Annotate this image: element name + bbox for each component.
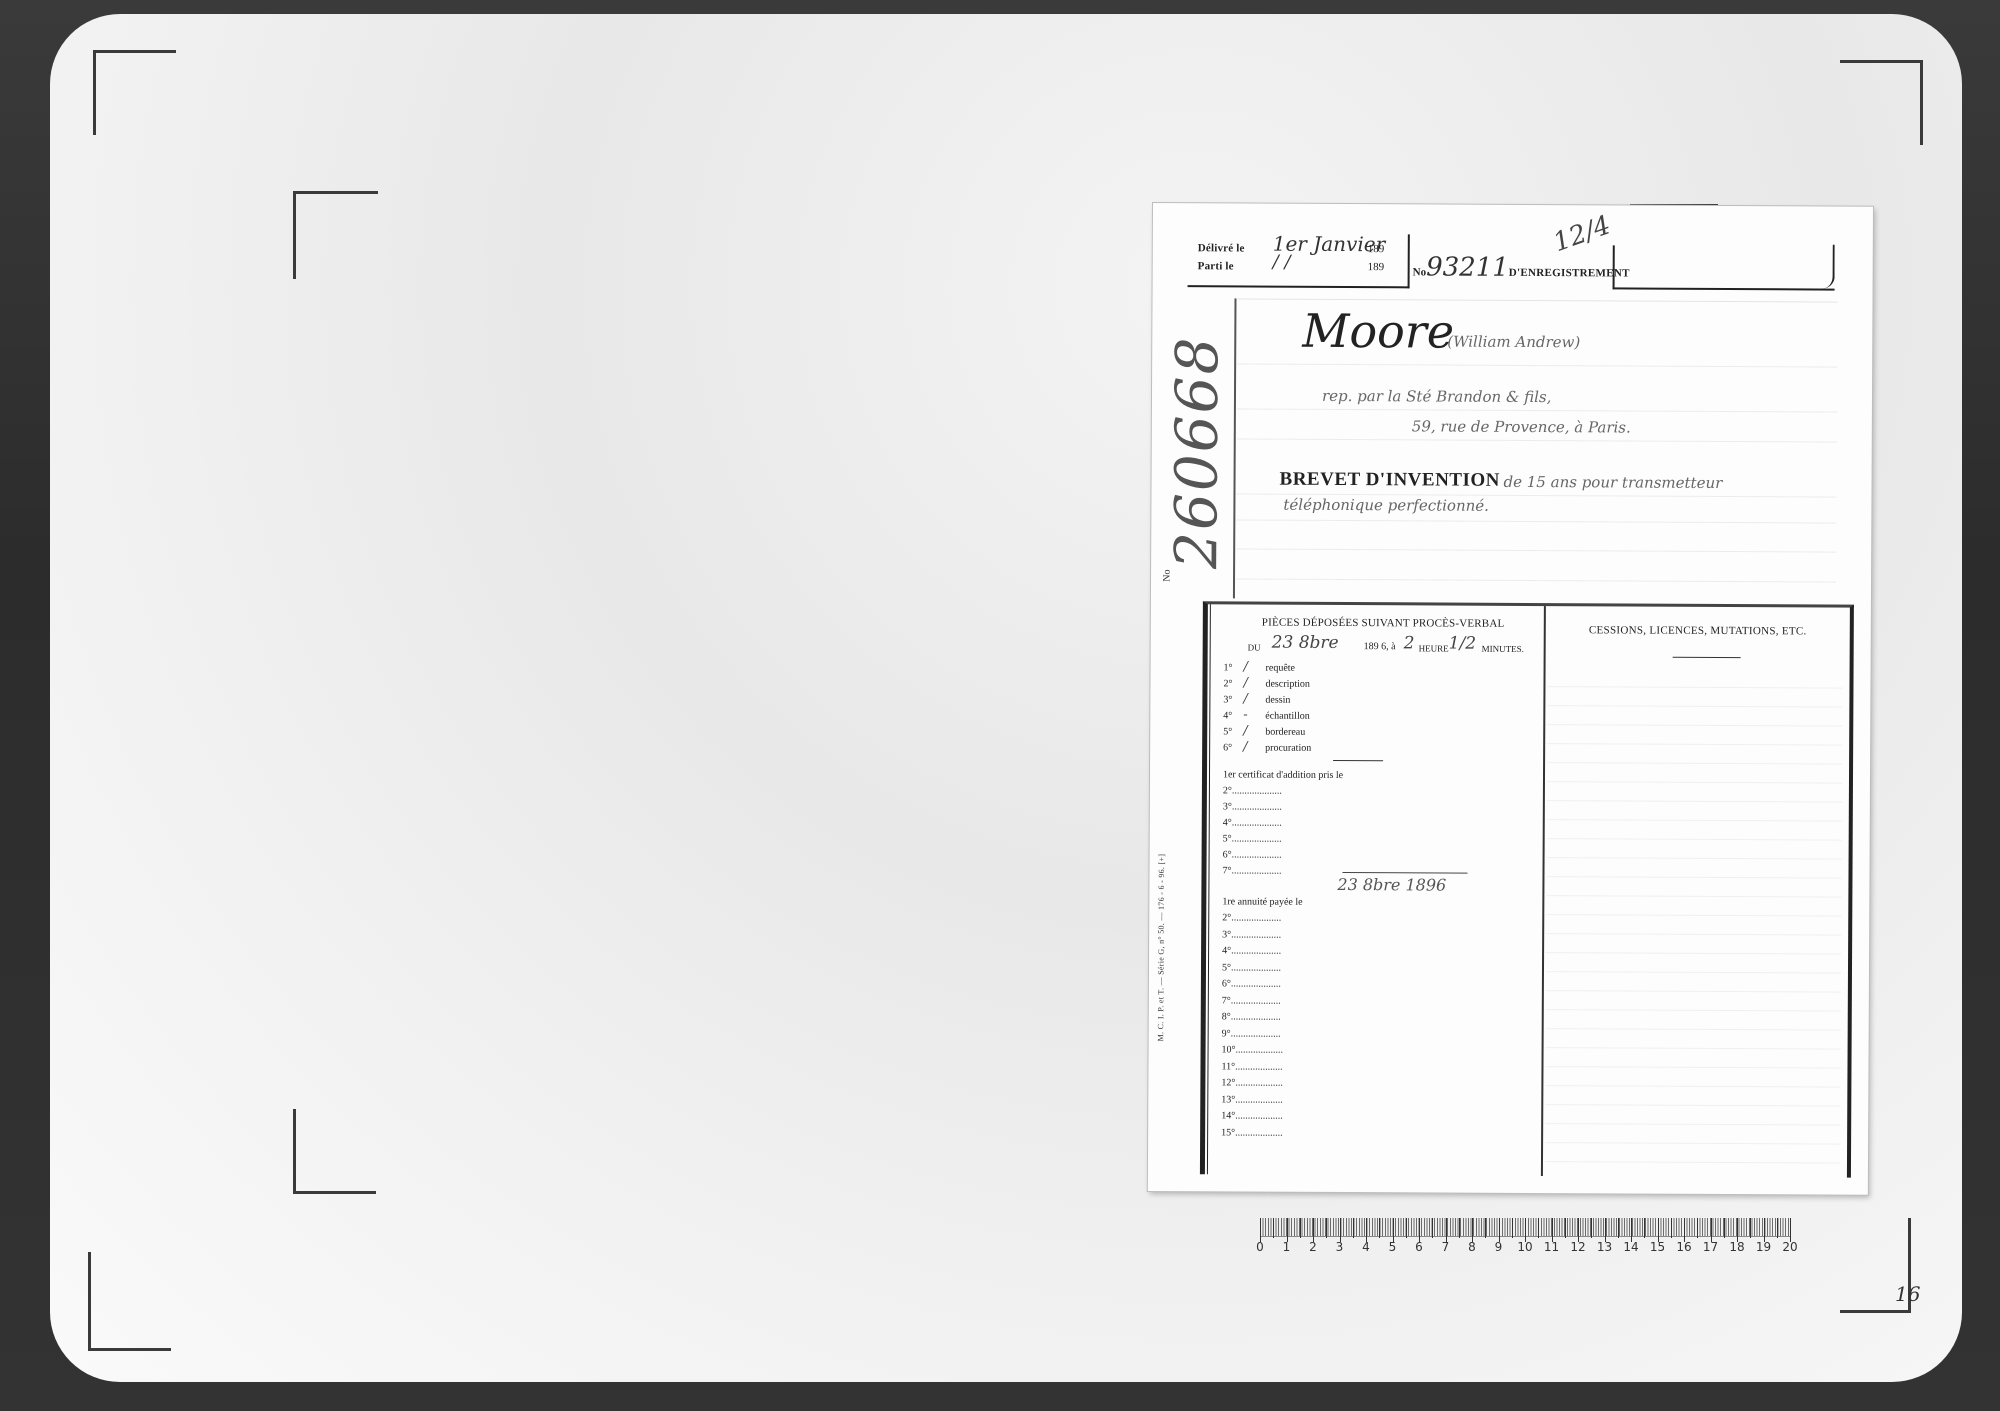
ruled-line [1237, 438, 1837, 442]
ruled-line [1237, 363, 1837, 367]
delivre-label: Délivré le [1198, 242, 1245, 254]
annuite-item: 13°................... [1221, 1094, 1283, 1105]
parti-value: / / [1273, 252, 1291, 273]
ruled-line [1546, 876, 1841, 879]
piece-num: 2° [1223, 678, 1243, 689]
ruled-line [1547, 857, 1842, 860]
ruler-tick [1406, 1218, 1407, 1238]
ruler-tick [1353, 1218, 1354, 1238]
certificat-first: 1er certificat d'addition pris le [1223, 769, 1343, 781]
representative-line1: rep. par la Sté Brandon & fils, [1322, 387, 1551, 406]
registration-number: No93211D'ENREGISTREMENT [1413, 252, 1630, 283]
cessions-title: CESSIONS, LICENCES, MUTATIONS, ETC. [1548, 624, 1848, 638]
certificat-item: 3°.................... [1223, 801, 1282, 812]
ruler-tick [1578, 1218, 1579, 1242]
patent-record-sheet: Délivré le 1er Janvier 189 Parti le / / … [1148, 203, 1873, 1195]
ruler-label: 1 [1283, 1240, 1291, 1254]
ruler-label: 3 [1336, 1240, 1344, 1254]
ruler-label: 13 [1597, 1240, 1612, 1254]
ruler-tick [1737, 1218, 1738, 1242]
ruler-tick [1538, 1218, 1539, 1238]
ruler-tick [1724, 1218, 1725, 1238]
piece-num: 3° [1223, 694, 1243, 705]
ruler-tick [1419, 1218, 1420, 1242]
ruler-label: 18 [1729, 1240, 1744, 1254]
annuite-item: 10°................... [1222, 1044, 1284, 1055]
piece-item: 4°-échantillon [1223, 707, 1310, 722]
ruler-label: 19 [1756, 1240, 1771, 1254]
ruler-tick [1658, 1218, 1659, 1242]
ruler-tick [1512, 1218, 1513, 1238]
ruler-tick [1605, 1218, 1606, 1242]
crop-mark-outer-top-left [93, 50, 176, 135]
ruler-label: 2 [1309, 1240, 1317, 1254]
annuite-item: 5°.................... [1222, 962, 1281, 973]
ruler-label: 7 [1442, 1240, 1450, 1254]
ruler-tick [1764, 1218, 1765, 1242]
printer-note: M. C. I. P. et T. — Série G, n° 50. — 17… [1156, 798, 1167, 1098]
piece-check-mark: / [1243, 723, 1265, 738]
sheet-number: 16 [1895, 1282, 1920, 1306]
pv-hour: 2 [1404, 633, 1415, 653]
pv-minutes: 1/2 [1449, 634, 1476, 654]
heure-label: HEURE [1419, 643, 1449, 653]
annuite-item: 4°.................... [1222, 945, 1281, 956]
ruler-label: 10 [1517, 1240, 1532, 1254]
certificat-item: 4°.................... [1223, 817, 1282, 828]
ruler-tick [1393, 1218, 1394, 1242]
annuite-item: 11°................... [1221, 1061, 1282, 1072]
patent-number-prefix: No [1162, 569, 1173, 581]
piece-label: procuration [1265, 743, 1311, 754]
proces-verbal-date: DU 23 8bre 189 6, à 2 HEURE 1/2 MINUTES. [1234, 634, 1534, 636]
ruler-tick [1591, 1218, 1592, 1238]
brevet-description-line1: de 15 ans pour transmetteur [1503, 473, 1722, 492]
ruler-tick [1499, 1218, 1500, 1242]
annuite-item: 9°.................... [1222, 1028, 1281, 1039]
ruler-tick [1671, 1218, 1672, 1238]
annuite-first-value: 23 8bre 1896 [1337, 875, 1446, 895]
annuite-item: 3°.................... [1222, 929, 1281, 940]
certificat-item: 2°.................... [1223, 785, 1282, 796]
certificat-item: 7°.................... [1222, 865, 1281, 876]
ruled-line [1236, 519, 1836, 523]
ruler-tick [1565, 1218, 1566, 1238]
ruled-line [1236, 548, 1836, 552]
piece-check-mark: - [1243, 707, 1265, 722]
ruler-tick [1446, 1218, 1447, 1242]
ruler-label: 20 [1782, 1240, 1797, 1254]
ruler-tick [1287, 1218, 1288, 1242]
ruler-tick [1326, 1218, 1327, 1238]
piece-label: échantillon [1265, 711, 1309, 722]
applicant-surname: Moore [1302, 304, 1454, 359]
ruler-label: 8 [1468, 1240, 1476, 1254]
registration-value: 93211 [1426, 252, 1509, 282]
annuite-item: 12°................... [1221, 1077, 1283, 1088]
ruler-tick [1790, 1218, 1791, 1242]
ruler-label: 15 [1650, 1240, 1665, 1254]
ruled-line [1547, 800, 1842, 803]
ruled-line [1546, 971, 1841, 974]
annuite-item: 7°.................... [1222, 995, 1281, 1006]
annuite-item: 6°.................... [1222, 978, 1281, 989]
annuite-item: 8°.................... [1222, 1011, 1281, 1022]
ruler-tick [1552, 1218, 1553, 1242]
top-rule [1237, 298, 1837, 302]
brevet-title: BREVET D'INVENTION [1279, 469, 1499, 492]
ruler-tick [1684, 1218, 1685, 1242]
ruled-line [1547, 705, 1842, 708]
piece-check-mark: / [1243, 675, 1265, 690]
registration-prefix: No [1413, 266, 1427, 278]
ruler-label: 17 [1703, 1240, 1718, 1254]
piece-num: 4° [1223, 710, 1243, 721]
ruler-tick [1459, 1218, 1460, 1238]
piece-label: description [1265, 679, 1309, 690]
ruled-line [1547, 781, 1842, 784]
ruler-tick [1260, 1218, 1261, 1242]
annuite-item: 14°................... [1221, 1110, 1283, 1121]
ruled-line [1546, 933, 1841, 936]
ruler-label: 4 [1362, 1240, 1370, 1254]
du-label: DU [1248, 643, 1261, 653]
piece-check-mark: / [1244, 659, 1266, 674]
ruler-label: 12 [1570, 1240, 1585, 1254]
ruler-tick [1631, 1218, 1632, 1242]
ruler-tick [1644, 1218, 1645, 1238]
ruler-label: 16 [1676, 1240, 1691, 1254]
corner-bracket [1613, 245, 1835, 290]
delivery-box: Délivré le 1er Janvier 189 Parti le / / … [1188, 233, 1410, 288]
ruler-label: 5 [1389, 1240, 1397, 1254]
ruled-line [1545, 1066, 1840, 1069]
ruler-tick [1340, 1218, 1341, 1242]
column-divider [1541, 606, 1546, 1176]
crop-mark-outer-top-right [1840, 60, 1923, 145]
ruler-tick [1697, 1218, 1698, 1238]
reference-handwritten: 12/4 [1549, 210, 1614, 258]
ruled-line [1546, 1028, 1841, 1031]
records-table: PIÈCES DÉPOSÉES SUIVANT PROCÈS-VERBAL DU… [1200, 601, 1854, 1177]
pieces-column: PIÈCES DÉPOSÉES SUIVANT PROCÈS-VERBAL DU… [1224, 604, 1534, 606]
ruler-tick [1379, 1218, 1380, 1238]
piece-check-mark: / [1243, 691, 1265, 706]
delivre-year: 189 [1368, 243, 1385, 255]
ruled-line [1545, 1104, 1840, 1107]
piece-check-mark: / [1243, 739, 1265, 754]
crop-mark-outer-bottom-left [88, 1252, 171, 1351]
ruled-line [1546, 1009, 1841, 1012]
ruled-line [1547, 762, 1842, 765]
ruler-label: 0 [1256, 1240, 1264, 1254]
ruled-line [1547, 838, 1842, 841]
ruler-tick [1777, 1218, 1778, 1238]
annuite-item: 15°................... [1221, 1127, 1283, 1138]
ruled-line [1547, 743, 1842, 746]
minutes-label: MINUTES. [1482, 644, 1524, 654]
ruler-tick [1525, 1218, 1526, 1242]
piece-num: 1° [1224, 662, 1244, 673]
pieces-title: PIÈCES DÉPOSÉES SUIVANT PROCÈS-VERBAL [1262, 617, 1505, 630]
ruled-line [1546, 990, 1841, 993]
pv-date: 23 8bre [1272, 633, 1339, 653]
corner-curve [1823, 245, 1835, 289]
brevet-description-line2: téléphonique perfectionné. [1283, 496, 1489, 515]
ruler-label: 6 [1415, 1240, 1423, 1254]
certificat-item: 6°.................... [1223, 849, 1282, 860]
ruled-line [1547, 819, 1842, 822]
patent-number-margin: 260668 No [1161, 298, 1237, 598]
annuite-item: 2°.................... [1222, 912, 1281, 923]
ruled-line [1547, 686, 1842, 689]
pv-year: 189 6, à [1364, 641, 1396, 652]
cessions-rule [1673, 657, 1741, 658]
ruled-line [1236, 578, 1836, 582]
representative-line2: 59, rue de Provence, à Paris. [1412, 417, 1631, 436]
piece-item: 5°/bordereau [1223, 723, 1305, 738]
parti-year: 189 [1368, 261, 1385, 273]
applicant-given-names: (William Andrew) [1447, 333, 1580, 352]
ruler-tick [1750, 1218, 1751, 1238]
annuite-first: 1re annuité payée le [1222, 896, 1302, 907]
patent-number: 260668 [1162, 302, 1232, 602]
ruler-label: 9 [1495, 1240, 1503, 1254]
crop-mark-inner-top-left [293, 191, 378, 279]
piece-item: 3°/dessin [1223, 691, 1290, 706]
crop-mark-inner-bottom-left [293, 1109, 376, 1194]
parti-label: Parti le [1198, 260, 1234, 272]
piece-label: requête [1266, 663, 1295, 674]
ruler-tick [1273, 1218, 1274, 1238]
ruler-tick [1711, 1218, 1712, 1242]
ruler-tick [1485, 1218, 1486, 1238]
separator [1333, 760, 1383, 761]
ruler-label: 11 [1544, 1240, 1559, 1254]
ruled-line [1237, 408, 1837, 412]
piece-item: 6°/procuration [1223, 739, 1311, 754]
piece-item: 1°/requête [1224, 659, 1296, 674]
ruled-line [1545, 1085, 1840, 1088]
ruler-tick [1313, 1218, 1314, 1242]
certificat-item: 5°.................... [1223, 833, 1282, 844]
ruled-line [1546, 952, 1841, 955]
piece-num: 5° [1223, 726, 1243, 737]
ruled-line [1546, 1047, 1841, 1050]
ruled-line [1546, 895, 1841, 898]
ruler-tick [1618, 1218, 1619, 1238]
piece-item: 2°/description [1223, 675, 1310, 690]
ruled-line [1546, 914, 1841, 917]
piece-num: 6° [1223, 742, 1243, 753]
ruled-line [1547, 724, 1842, 727]
ruled-line [1545, 1142, 1840, 1145]
ruler-tick [1432, 1218, 1433, 1238]
ruler-tick [1472, 1218, 1473, 1242]
piece-label: bordereau [1265, 727, 1305, 738]
ruler-label: 14 [1623, 1240, 1638, 1254]
ruled-line [1545, 1161, 1840, 1164]
piece-label: dessin [1265, 695, 1290, 706]
ruler-tick [1366, 1218, 1367, 1242]
ruler-tick [1300, 1218, 1301, 1238]
ruled-line [1545, 1123, 1840, 1126]
